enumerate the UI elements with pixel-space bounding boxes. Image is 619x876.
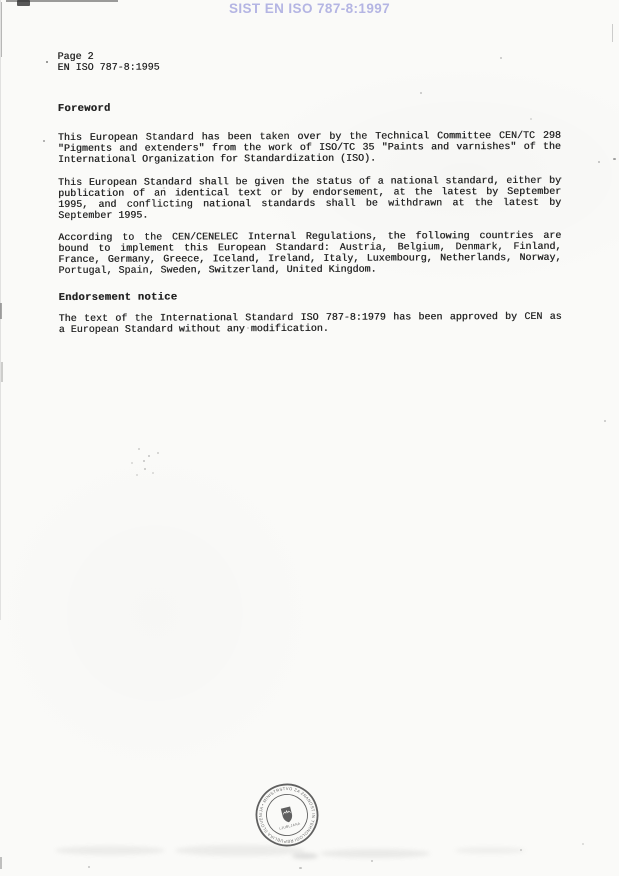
- coat-of-arms-shield: [281, 807, 294, 824]
- foreword-paragraph-3: According to the CEN/CENELEC Internal Re…: [58, 231, 561, 278]
- paragraph-line: International Organization for Standardi…: [58, 153, 561, 166]
- stamp-center-text: LJUBLJANA: [279, 822, 301, 831]
- page-header-block: Page 2 EN ISO 787-8:1995: [57, 50, 560, 74]
- endorsement-paragraph: The text of the International Standard I…: [59, 312, 562, 336]
- document-body: Page 2 EN ISO 787-8:1995 Foreword This E…: [0, 0, 619, 876]
- foreword-paragraph-2: This European Standard shall be given th…: [58, 176, 561, 223]
- foreword-heading: Foreword: [58, 102, 561, 115]
- paragraph-line: a European Standard without any modifica…: [59, 323, 562, 336]
- foreword-paragraph-1: This European Standard has been taken ov…: [58, 131, 561, 166]
- endorsement-heading: Endorsement notice: [59, 291, 562, 304]
- document-number: EN ISO 787-8:1995: [58, 61, 561, 74]
- paragraph-line: September 1995.: [58, 209, 561, 222]
- paragraph-line: Portugal, Spain, Sweden, Switzerland, Un…: [58, 264, 561, 277]
- scanned-document-page: SIST EN ISO 787-8:1997 Page 2 EN ISO 787…: [0, 0, 619, 876]
